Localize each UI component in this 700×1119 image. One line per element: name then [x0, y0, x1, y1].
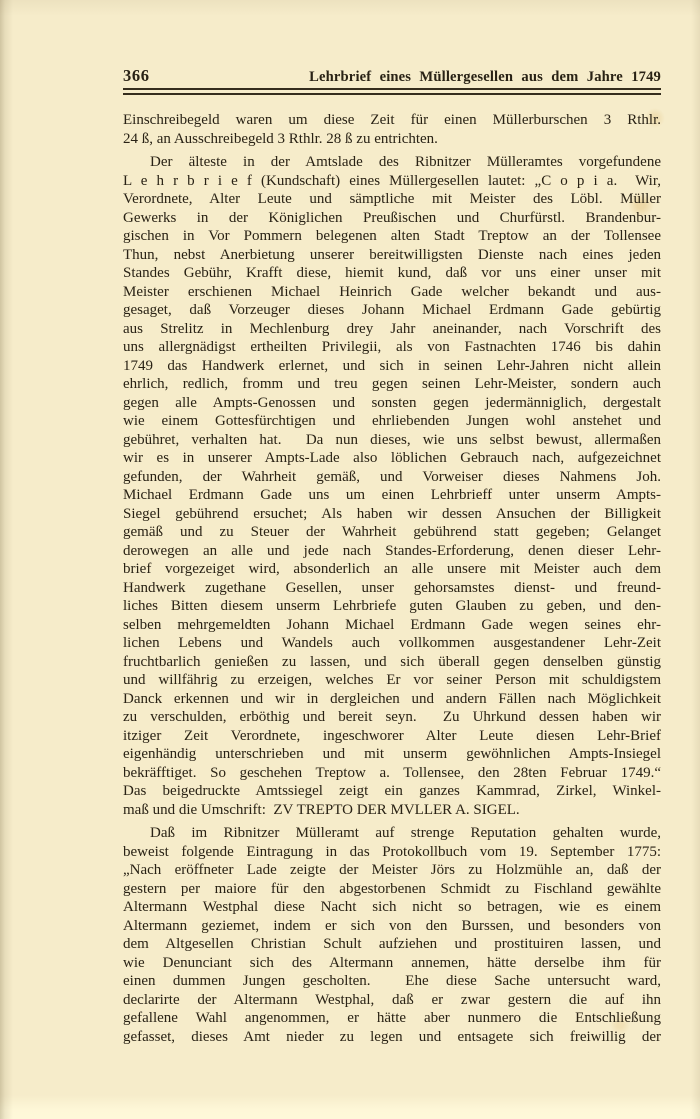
paragraph: Daß im Ribnitzer Mülleramt auf strenge R… — [123, 824, 661, 1046]
text-line: gebühret, verhalten hat. Da nun dieses, … — [123, 431, 661, 450]
text-line: fruchtbarlich genießen zu lassen, und si… — [123, 653, 661, 672]
text-line: ehrlich, redlich, fromm und treu gegen s… — [123, 375, 661, 394]
text-line: aus Strelitz in Mechlenburg drey Jahr an… — [123, 320, 661, 339]
text-line: gefunden, der Wahrheit gemäß, und Vorwei… — [123, 468, 661, 487]
text-line: beweist folgende Eintragung in das Proto… — [123, 843, 661, 862]
text-line: itziger Zeit Verordnete, ingeschworer Al… — [123, 727, 661, 746]
text-line: Verordnete, Alter Leute und sämptliche m… — [123, 190, 661, 209]
text-line: gefasset, dieses Amt nieder zu legen und… — [123, 1028, 661, 1047]
text-line: wie einem Gottesfürchtigen und ehrlieben… — [123, 412, 661, 431]
text-line: gestern per maiore für den abgestorbenen… — [123, 880, 661, 899]
text-line: brief vorgezeiget wird, absonderlich an … — [123, 560, 661, 579]
text-line: selben mehrgemeldten Johann Michael Erdm… — [123, 616, 661, 635]
text-line: einen dummen Jungen gescholten. Ehe dies… — [123, 972, 661, 991]
page-header: 366 Lehrbrief eines Müllergesellen aus d… — [123, 66, 661, 86]
paragraph: Der älteste in der Amtslade des Ribnitze… — [123, 153, 661, 819]
text-line: Standes Gebühr, Krafft diese, hiemit kun… — [123, 264, 661, 283]
text-line: Meister erschienen Michael Heinrich Gade… — [123, 283, 661, 302]
header-rule-top — [123, 88, 661, 90]
text-line: Danck erkennen und wir in dergleichen un… — [123, 690, 661, 709]
header-rule-bottom — [123, 93, 661, 95]
text-line: gegen alle Ampts-Genossen und sonsten ge… — [123, 394, 661, 413]
running-title: Lehrbrief eines Müllergesellen aus dem J… — [309, 69, 661, 86]
scanned-page: 366 Lehrbrief eines Müllergesellen aus d… — [0, 0, 700, 1119]
text-line: Siegel gebührend ersuchet; Als haben wir… — [123, 505, 661, 524]
text-line: gemäß und zu Steuer der Wahrheit gebühre… — [123, 523, 661, 542]
text-line: gischen in Vor Pommern belegenen alten S… — [123, 227, 661, 246]
text-line: bekräfftiget. So geschehen Treptow a. To… — [123, 764, 661, 783]
text-line: Das beigedruckte Amtssiegel zeigt ein ga… — [123, 782, 661, 801]
text-line: derowegen an alle und jede nach Standes-… — [123, 542, 661, 561]
text-line: dem Altgesellen Christian Schult aufzieh… — [123, 935, 661, 954]
text-line: Michael Erdmann Gade uns um einen Lehrbr… — [123, 486, 661, 505]
text-line: declarirte der Altermann Westphal, daß e… — [123, 991, 661, 1010]
text-line: Handwerk zugethane Gesellen, unser gehor… — [123, 579, 661, 598]
text-line: zu verschulden, erböthig und bereit seyn… — [123, 708, 661, 727]
text-line: gefallene Wahl angenommen, er hätte aber… — [123, 1009, 661, 1028]
page-number: 366 — [123, 66, 150, 86]
text-line: Altermann geziemet, indem er sich von de… — [123, 917, 661, 936]
text-line: lichen Lebens und Wandels auch vollkomme… — [123, 634, 661, 653]
text-line: Daß im Ribnitzer Mülleramt auf strenge R… — [123, 824, 661, 843]
text-line: maß und die Umschrift: ZV TREPTO DER MVL… — [123, 801, 661, 820]
text-line: wir es in unserer Ampts-Lade also löblic… — [123, 449, 661, 468]
text-line: 24 ß, an Ausschreibegeld 3 Rthlr. 28 ß z… — [123, 130, 661, 149]
text-line: L e h r b r i e f (Kundschaft) eines Mül… — [123, 172, 661, 191]
text-line: uns allergnädigst ertheilten Privilegii,… — [123, 338, 661, 357]
page-body: Einschreibegeld waren um diese Zeit für … — [123, 111, 661, 1046]
text-line: Der älteste in der Amtslade des Ribnitze… — [123, 153, 661, 172]
text-line: Gewerks in der Königlichen Preußischen u… — [123, 209, 661, 228]
text-line: eigenhändig unterschrieben und mit unser… — [123, 745, 661, 764]
text-line: Altermann Westphal diese Nacht sich nich… — [123, 898, 661, 917]
page-content: 366 Lehrbrief eines Müllergesellen aus d… — [123, 66, 661, 1046]
text-line: Einschreibegeld waren um diese Zeit für … — [123, 111, 661, 130]
text-line: gesaget, daß Vorzeuger dieses Johann Mic… — [123, 301, 661, 320]
text-line: 1749 das Handwerk erlernet, und sich in … — [123, 357, 661, 376]
paragraph: Einschreibegeld waren um diese Zeit für … — [123, 111, 661, 148]
text-line: wie Denunciant sich des Altermann anneme… — [123, 954, 661, 973]
text-line: Thun, nebst Anerbietung unserer bereitwi… — [123, 246, 661, 265]
text-line: und willfährig zu erzeigen, welches Er v… — [123, 671, 661, 690]
text-line: liches Bitten diesem unserm Lehrbriefe g… — [123, 597, 661, 616]
text-line: „Nach eröffneter Lade zeigte der Meister… — [123, 861, 661, 880]
